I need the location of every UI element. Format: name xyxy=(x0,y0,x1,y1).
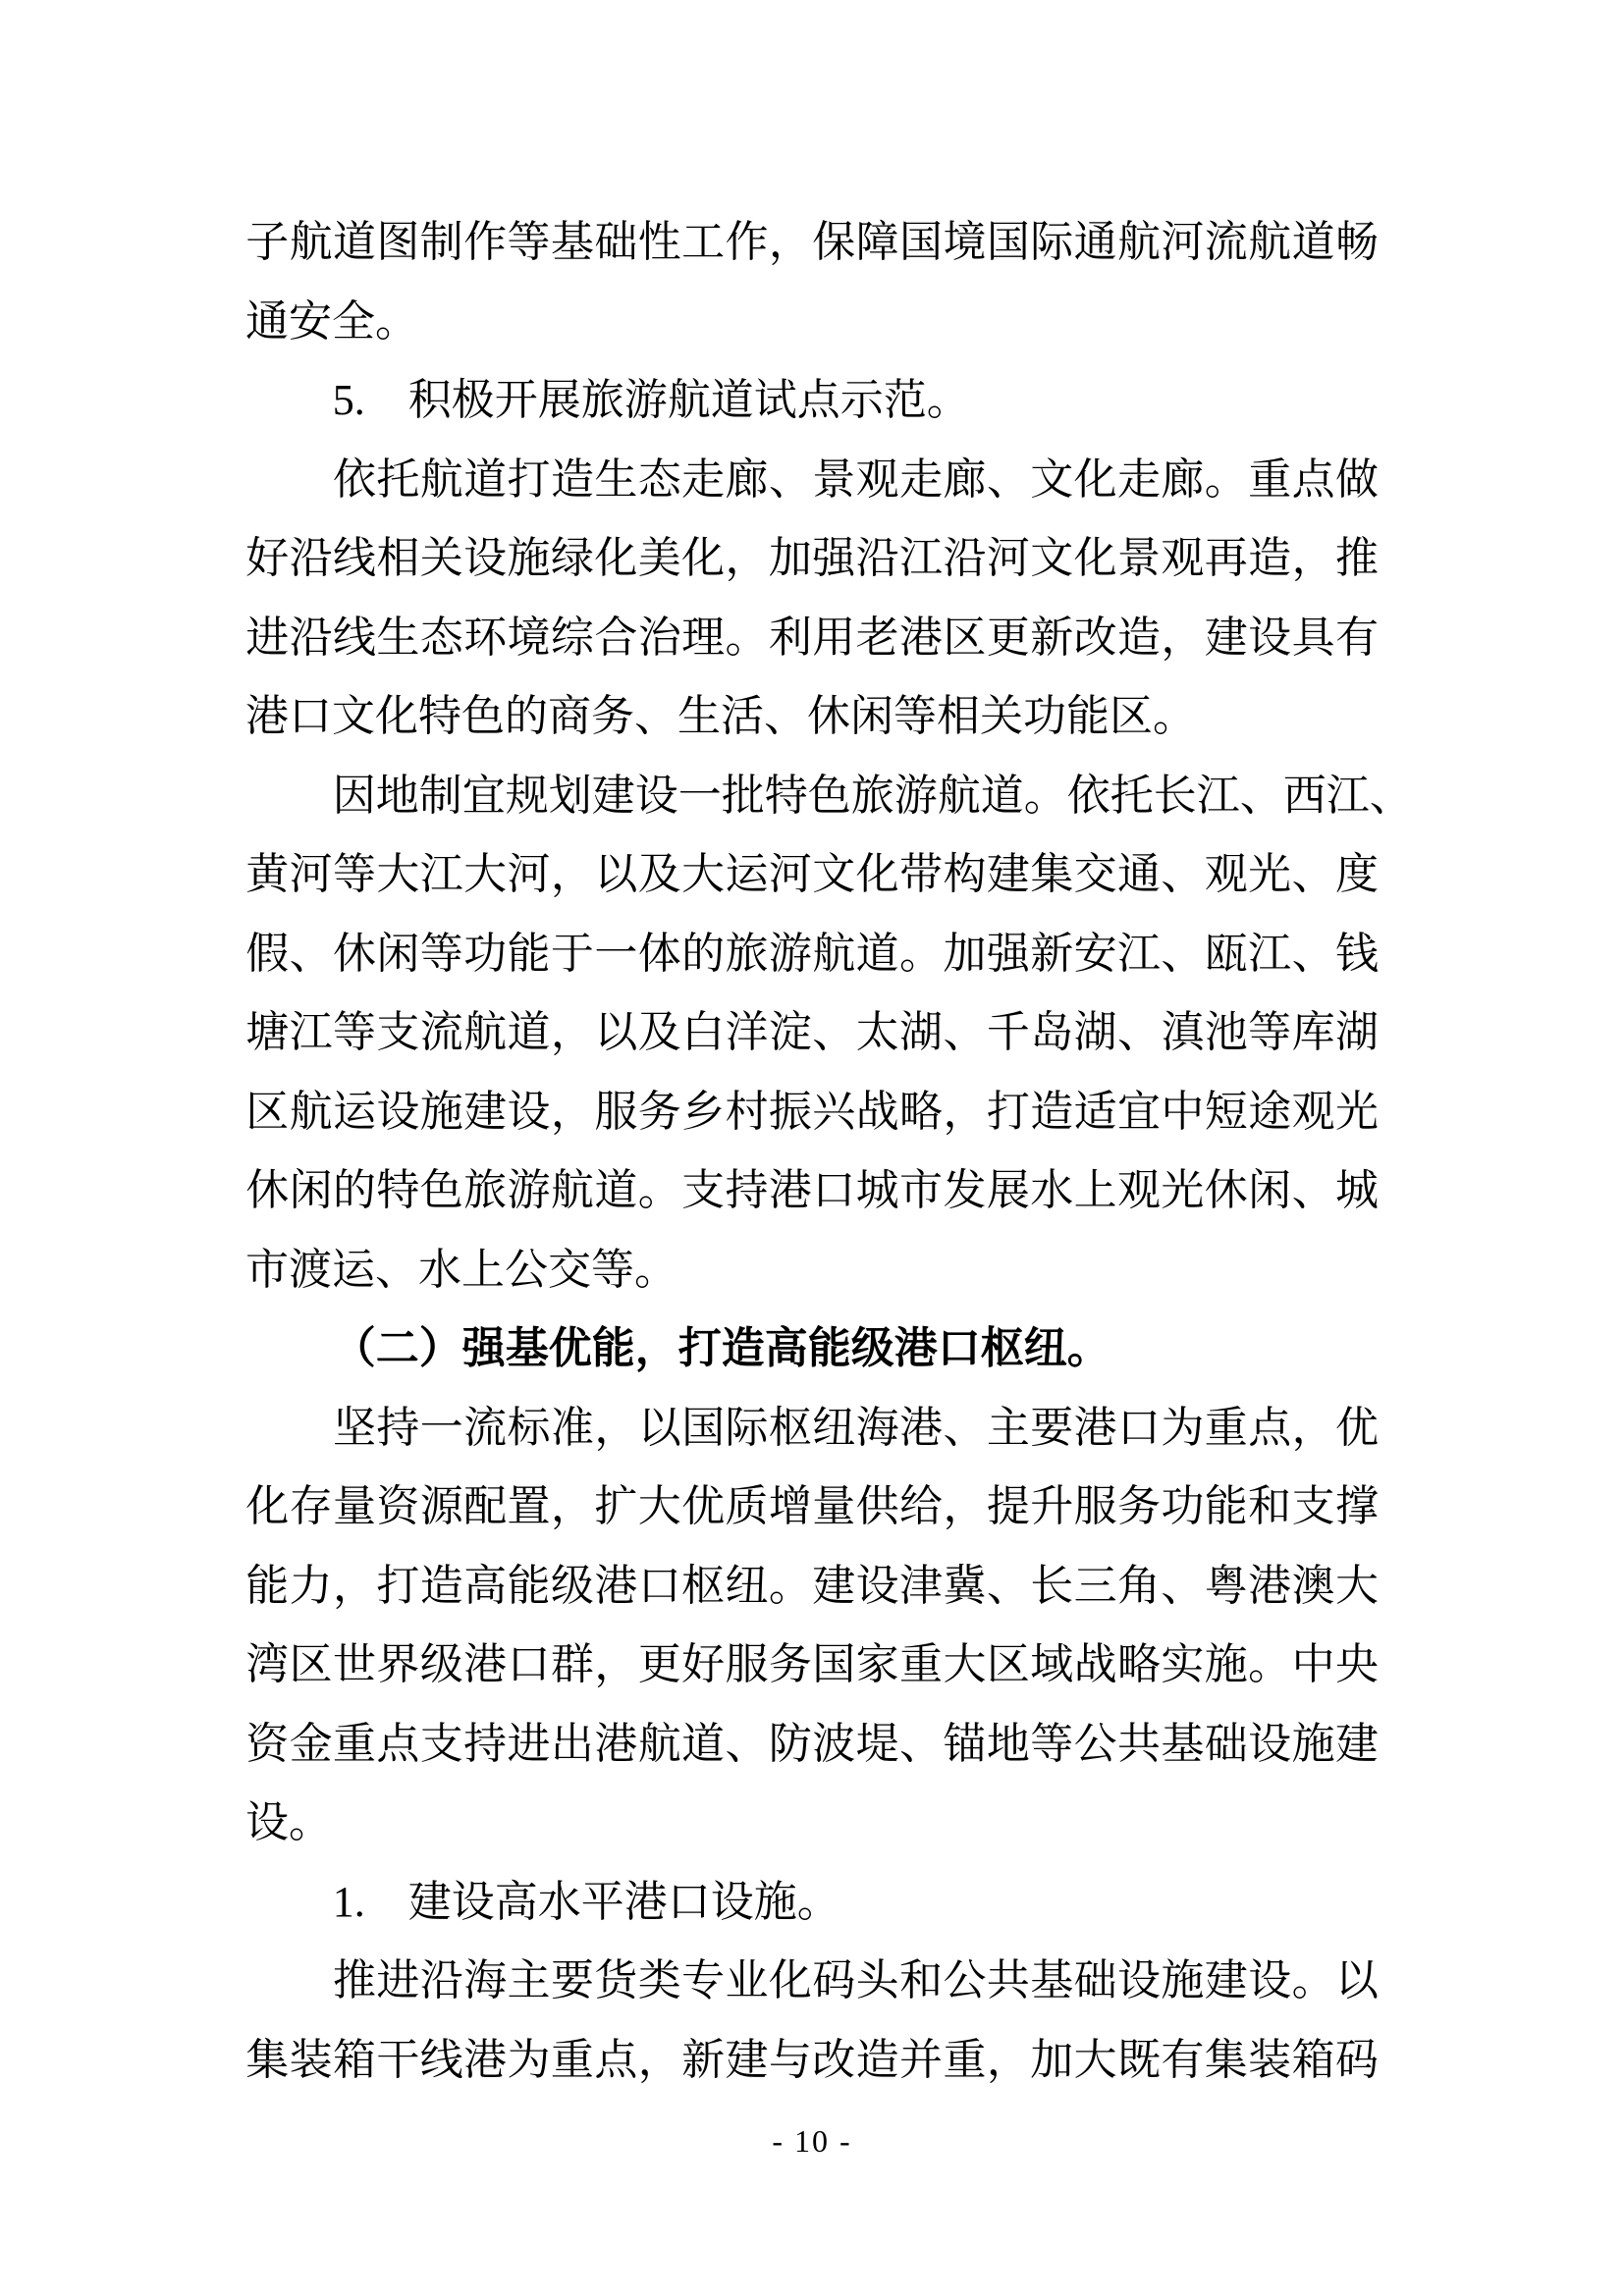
text-line: 设。 xyxy=(245,1784,1379,1863)
document-page: 子航道图制作等基础性工作，保障国境国际通航河流航道畅通安全。5. 积极开展旅游航… xyxy=(0,0,1624,2296)
text-line: 资金重点支持进出港航道、防波堤、锚地等公共基础设施建 xyxy=(245,1705,1379,1785)
text-line: 湾区世界级港口群，更好服务国家重大区域战略实施。中央 xyxy=(245,1626,1379,1705)
page-number: - 10 - xyxy=(0,2123,1624,2160)
item-5-heading: 5. 积极开展旅游航道试点示范。 xyxy=(245,361,1379,441)
item-1-heading: 1. 建设高水平港口设施。 xyxy=(245,1863,1379,1943)
text-line: 港口文化特色的商务、生活、休闲等相关功能区。 xyxy=(245,677,1379,757)
text-line: 休闲的特色旅游航道。支持港口城市发展水上观光休闲、城 xyxy=(245,1151,1379,1231)
text-line: 子航道图制作等基础性工作，保障国境国际通航河流航道畅 xyxy=(245,203,1379,283)
text-line: 好沿线相关设施绿化美化，加强沿江沿河文化景观再造，推 xyxy=(245,519,1379,599)
text-line: 化存量资源配置，扩大优质增量供给，提升服务功能和支撑 xyxy=(245,1468,1379,1547)
section-2-heading: （二）强基优能，打造高能级港口枢纽。 xyxy=(245,1309,1379,1389)
text-line: 集装箱干线港为重点，新建与改造并重，加大既有集装箱码 xyxy=(245,2021,1379,2101)
document-body: 子航道图制作等基础性工作，保障国境国际通航河流航道畅通安全。5. 积极开展旅游航… xyxy=(245,203,1379,2100)
text-line: 假、休闲等功能于一体的旅游航道。加强新安江、瓯江、钱 xyxy=(245,915,1379,994)
text-line: 通安全。 xyxy=(245,283,1379,362)
text-line: 进沿线生态环境综合治理。利用老港区更新改造，建设具有 xyxy=(245,599,1379,678)
text-line: 因地制宜规划建设一批特色旅游航道。依托长江、西江、 xyxy=(245,757,1379,836)
text-line: 黄河等大江大河，以及大运河文化带构建集交通、观光、度 xyxy=(245,835,1379,915)
text-line: 坚持一流标准，以国际枢纽海港、主要港口为重点，优 xyxy=(245,1389,1379,1468)
text-line: 区航运设施建设，服务乡村振兴战略，打造适宜中短途观光 xyxy=(245,1073,1379,1152)
text-line: 市渡运、水上公交等。 xyxy=(245,1231,1379,1310)
text-line: 塘江等支流航道，以及白洋淀、太湖、千岛湖、滇池等库湖 xyxy=(245,993,1379,1073)
text-line: 推进沿海主要货类专业化码头和公共基础设施建设。以 xyxy=(245,1942,1379,2021)
text-line: 依托航道打造生态走廊、景观走廊、文化走廊。重点做 xyxy=(245,441,1379,520)
text-line: 能力，打造高能级港口枢纽。建设津冀、长三角、粤港澳大 xyxy=(245,1547,1379,1627)
